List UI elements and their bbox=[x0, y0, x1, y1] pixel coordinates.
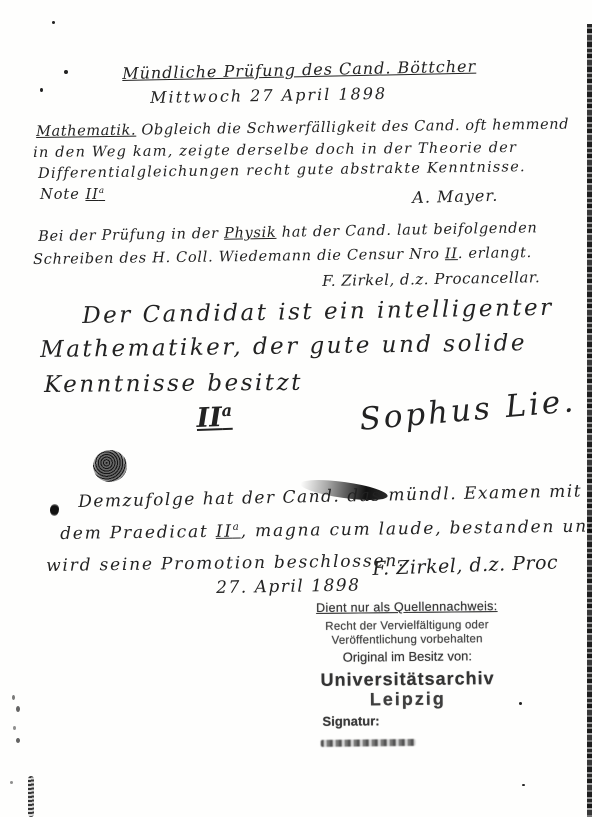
archive-stamp: Dient nur als Quellennachweis: Recht der… bbox=[299, 599, 516, 747]
result-line1-pre: Demzufolge hat der Cand. bbox=[78, 486, 347, 512]
sophus-lie-signature: Sophus Lie. bbox=[358, 383, 577, 438]
stamp-archive-city: Leipzig bbox=[300, 688, 515, 711]
scan-speck bbox=[12, 695, 15, 700]
result-line2-post: , magna cum laude, bestanden und bbox=[241, 516, 592, 541]
math-grade-prefix: Note bbox=[40, 187, 85, 203]
scan-streak bbox=[28, 776, 34, 817]
stamp-signatur-label: Signatur: bbox=[322, 713, 515, 730]
stamp-signatur-smudge bbox=[321, 739, 416, 747]
physik-note-line2: Schreiben des H. Coll. Wiedemann die Cen… bbox=[33, 245, 532, 268]
math-note-line1-text: Obgleich die Schwerfälligkeit des Cand. … bbox=[136, 117, 569, 139]
lie-remark-line1: Der Candidat ist ein intelligenter bbox=[82, 295, 554, 329]
math-grade-value: IIa bbox=[85, 187, 105, 203]
stamp-line4: Original im Besitz von: bbox=[300, 649, 515, 666]
physik-line2-pre: Schreiben des H. Coll. Wiedemann die Cen… bbox=[33, 246, 445, 268]
stamp-line1: Dient nur als Quellennachweis: bbox=[299, 599, 514, 616]
physik-line2-post: . erlangt. bbox=[458, 245, 532, 262]
result-line1-post: das mündl. Examen mit bbox=[347, 481, 582, 506]
lie-remark-line3: Kenntnisse besitzt bbox=[44, 370, 303, 398]
scan-speck bbox=[16, 706, 20, 712]
scan-speck bbox=[522, 784, 525, 786]
document-date: Mittwoch 27 April 1898 bbox=[150, 84, 387, 107]
lie-remark-line2: Mathematiker, der gute und solide bbox=[40, 330, 527, 363]
mayer-signature: A. Mayer. bbox=[412, 186, 499, 207]
physik-subject-label: Physik bbox=[224, 225, 277, 242]
math-note-line2: in den Weg kam, zeigte derselbe doch in … bbox=[33, 140, 517, 161]
scan-speck bbox=[13, 726, 16, 730]
scan-speck bbox=[16, 738, 20, 743]
scan-speck bbox=[52, 21, 55, 24]
physik-note-line1: Bei der Prüfung in der Physik hat der Ca… bbox=[38, 220, 538, 245]
result-grade-value: IIa bbox=[216, 521, 241, 541]
scan-speck bbox=[64, 70, 68, 74]
result-line1: Demzufolge hat der Cand. das mündl. Exam… bbox=[78, 481, 582, 512]
document-title: Mündliche Prüfung des Cand. Böttcher bbox=[122, 57, 476, 83]
math-note-line3: Differentialgleichungen recht gute abstr… bbox=[38, 159, 526, 182]
scan-speck bbox=[519, 702, 522, 705]
result-date: 27. April 1898 bbox=[216, 575, 361, 598]
scan-speck bbox=[10, 781, 13, 784]
math-note-line1: Mathematik. Obgleich die Schwerfälligkei… bbox=[36, 117, 569, 140]
zirkel-signature-1: F. Zirkel, d.z. Procancellar. bbox=[322, 268, 540, 290]
stamp-archive-name: Universitätsarchiv bbox=[300, 668, 515, 691]
scanned-document-page: Mündliche Prüfung des Cand. Böttcher Mit… bbox=[0, 0, 592, 817]
physik-line1-pre: Bei der Prüfung in der bbox=[38, 226, 224, 245]
scan-speck bbox=[40, 88, 43, 92]
math-grade-line: Note IIa bbox=[40, 186, 105, 203]
result-line3: wird seine Promotion beschlossen. bbox=[46, 551, 405, 576]
ink-blot-small bbox=[50, 504, 59, 516]
physik-line1-post: hat der Cand. laut beifolgenden bbox=[276, 220, 537, 241]
stamp-line3: Veröffentlichung vorbehalten bbox=[300, 632, 515, 647]
math-subject-label: Mathematik. bbox=[36, 123, 136, 140]
lie-grade-value: IIa bbox=[196, 401, 233, 434]
result-line2: dem Praedicat IIa, magna cum laude, best… bbox=[60, 516, 592, 544]
result-line2-pre: dem Praedicat bbox=[60, 522, 216, 544]
scan-edge-noise bbox=[587, 24, 592, 817]
ink-blot-large bbox=[93, 450, 127, 482]
physik-grade-value: II bbox=[445, 246, 458, 262]
